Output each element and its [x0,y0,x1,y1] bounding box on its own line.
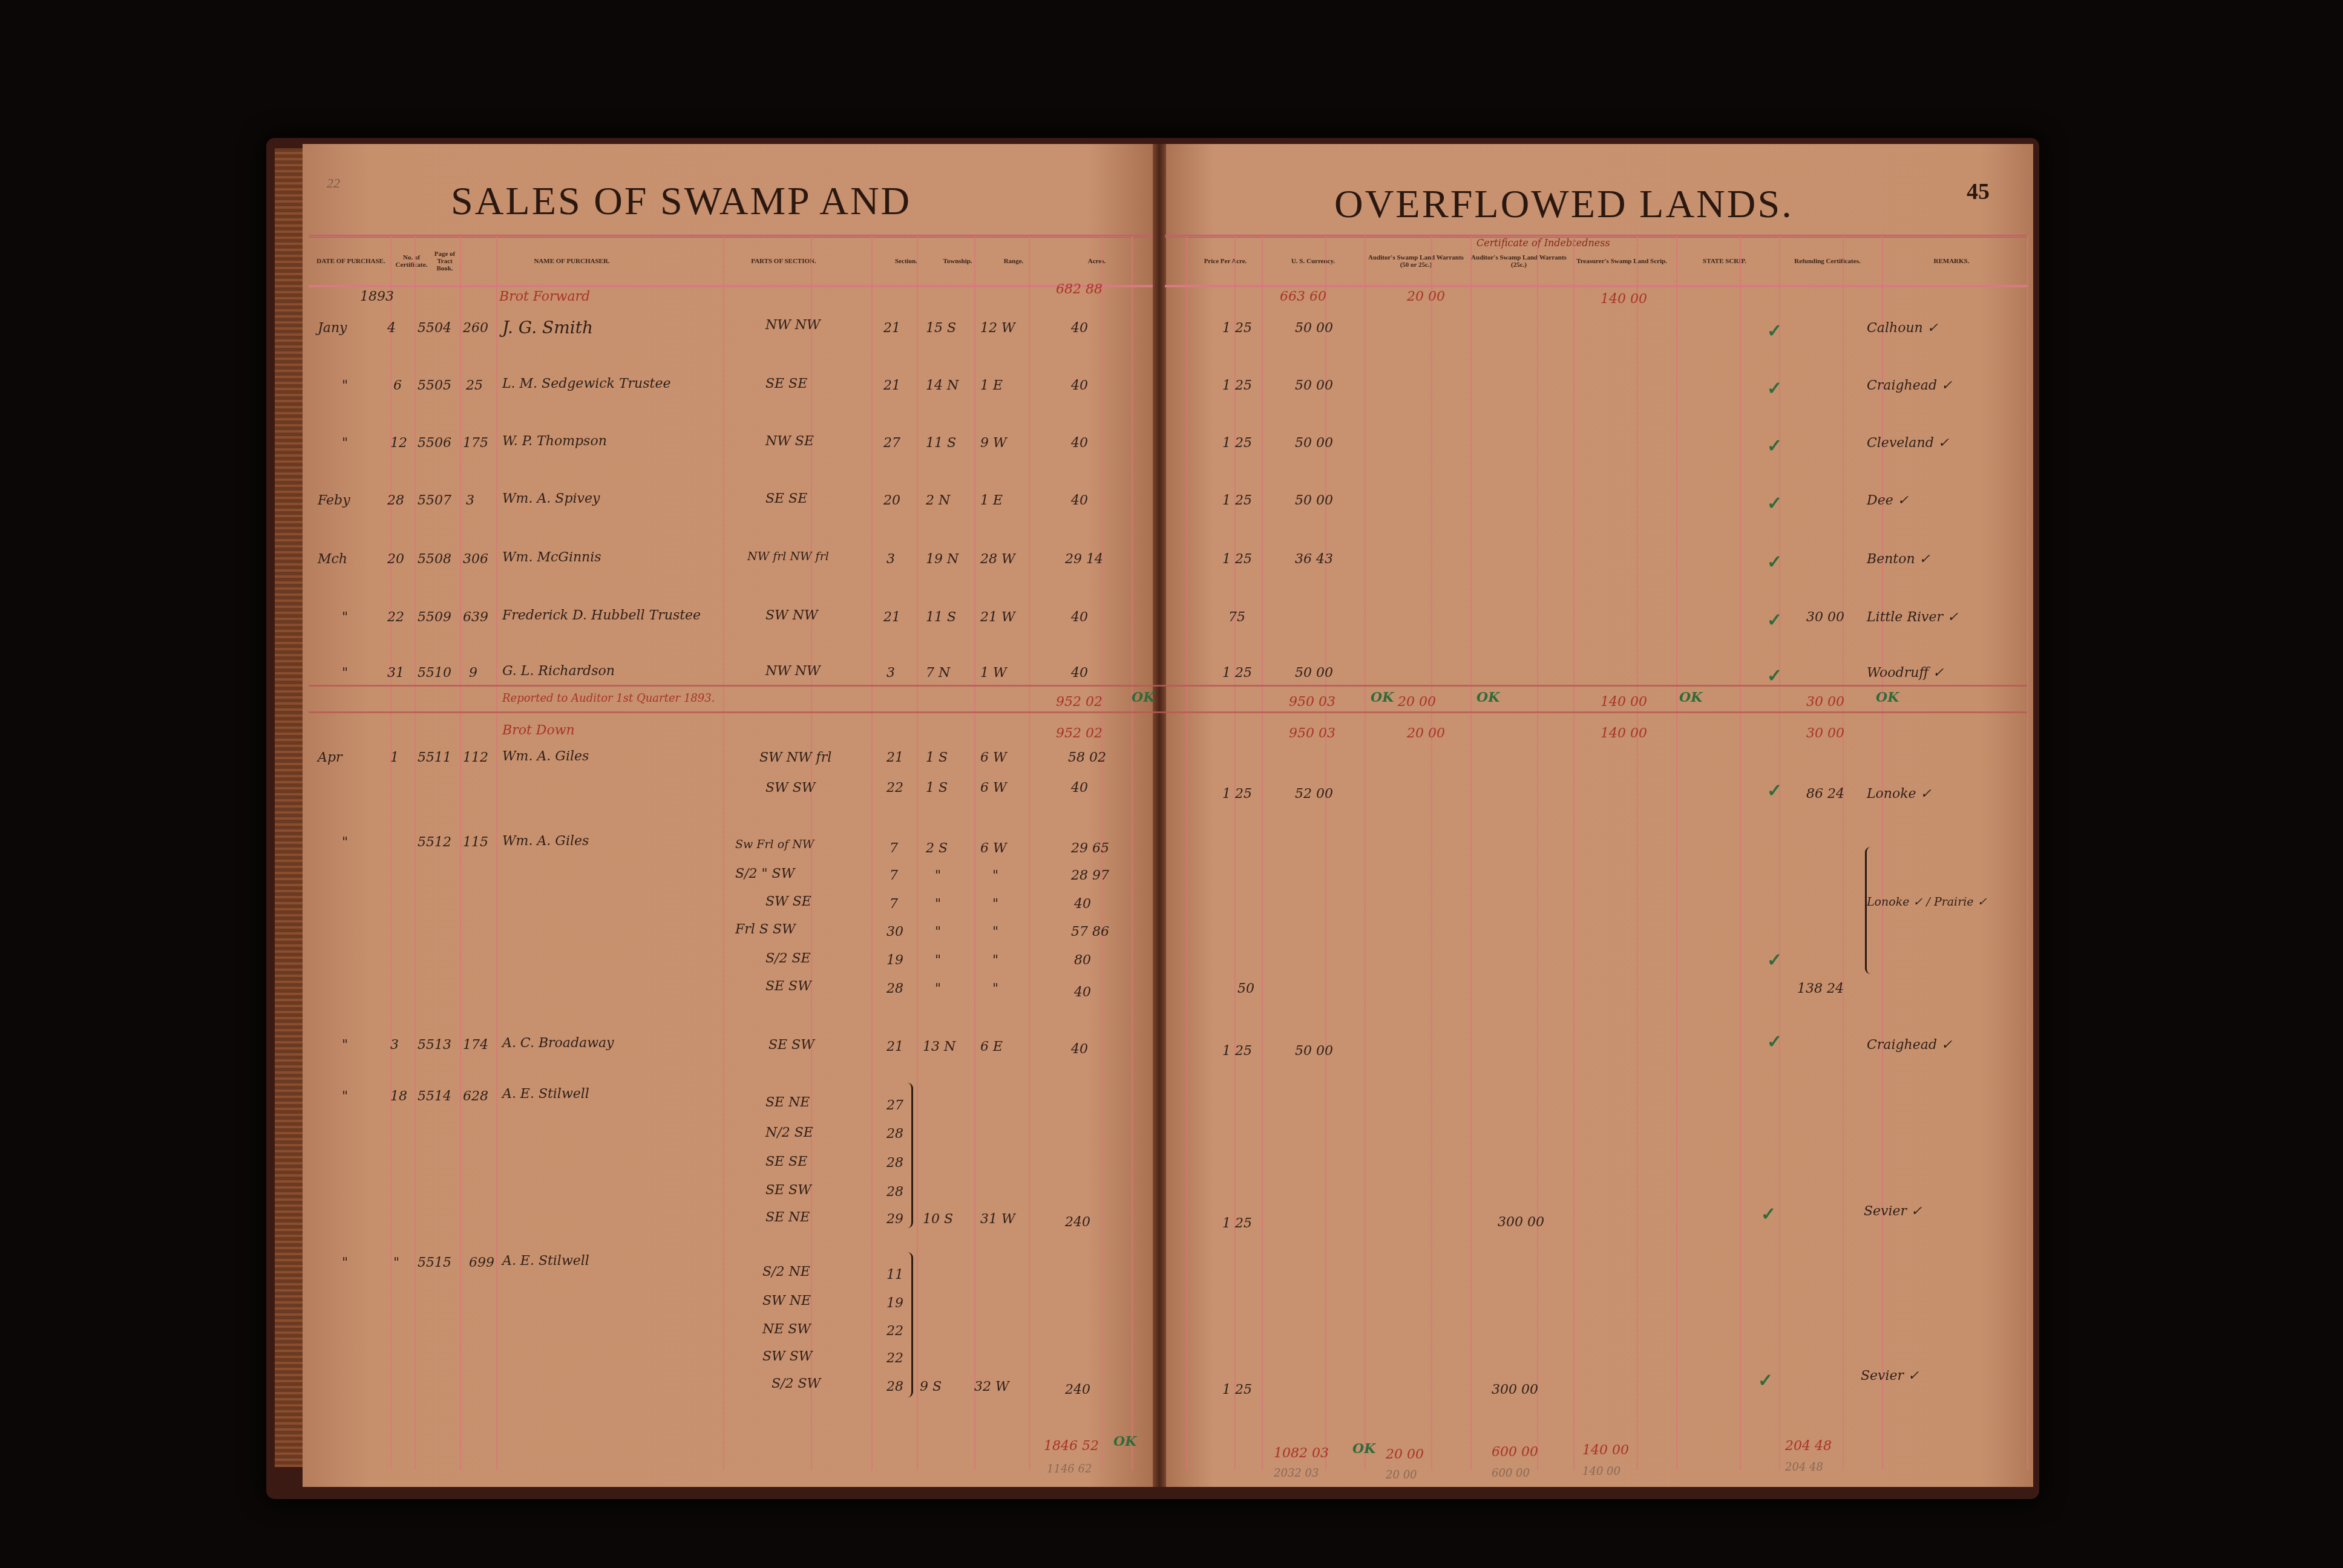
entry-name: Frederick D. Hubbell Trustee [502,608,701,623]
entry-cert: 5512 [418,835,451,850]
entry-month: Mch [318,552,347,567]
entry-currency: 50 00 [1295,321,1333,336]
entry-page: 628 [463,1089,488,1104]
entry-remarks: Woodruff ✓ [1867,665,1944,681]
entry-township: 1 S [926,750,948,765]
bf-year: 1893 [360,289,394,304]
bd-currency: 950 03 [1289,726,1335,741]
entry-parts: Sw Frl of NW [735,838,814,851]
entry-month: " [342,436,348,451]
entry-acres: 240 [1065,1382,1090,1397]
entry-name: Wm. A. Giles [502,834,589,849]
total-indebtedness: 600 00 [1492,1445,1538,1460]
entry-parts: SE SE [765,491,807,506]
entry-parts: NW NW [765,318,821,333]
rule [390,236,392,1470]
rule [1676,236,1677,1470]
col-header-tract-page: Page of Tract Book. [430,238,460,285]
entry-township: 9 S [920,1379,942,1394]
ok-mark: OK [1132,690,1155,705]
entry-acres: 29 65 [1071,841,1109,856]
entry-section: 21 [883,610,900,625]
entry-range: 1 E [980,378,1003,393]
entry-section: 28 [886,1126,903,1142]
header-handwritten-annotation: Certificate of Indebtedness [1476,237,1610,249]
col-header-currency: U. S. Currency. [1262,238,1365,285]
entry-cert: 5513 [418,1037,451,1053]
rule [1779,236,1780,1470]
entry-price: 75 [1228,610,1245,625]
book-gutter [1153,144,1166,1487]
title-right: OVERFLOWED LANDS. [1334,181,1794,227]
title-left: SALES OF SWAMP AND [451,178,911,224]
entry-township: 1 S [926,780,948,795]
entry-acres: 80 [1074,953,1091,968]
entry-section: 29 [886,1212,903,1227]
total-treasurer: 140 00 [1582,1443,1629,1458]
check-mark-icon: ✓ [1758,1370,1773,1391]
entry-name: G. L. Richardson [502,664,615,679]
entry-range: 28 W [980,552,1015,567]
entry-range: 6 W [980,750,1007,765]
entry-month: " [342,378,348,393]
entry-name: Wm. A. Spivey [502,491,600,506]
entry-acres: 40 [1071,493,1088,508]
entry-remarks: Little River ✓ [1867,610,1958,625]
entry-range: 9 W [980,436,1007,451]
ok-mark: OK [1476,690,1499,705]
entry-price: 1 25 [1222,1382,1252,1397]
entry-section: 28 [886,1184,903,1200]
entry-day: 12 [390,436,407,451]
total-auditor: 20 00 [1386,1447,1424,1462]
entry-acres: 40 [1071,1042,1088,1057]
check-mark-icon: ✓ [1767,436,1782,457]
col-header-auditor-warrants: Auditor's Swamp Land Warrants (50 or 25c… [1365,238,1467,285]
rule [1843,236,1844,1470]
total-treasurer-faint: 140 00 [1582,1465,1620,1478]
entry-remarks: Dee ✓ [1867,493,1909,508]
entry-section: 11 [886,1267,903,1282]
entry-currency: 36 43 [1295,552,1333,567]
entry-parts: SE SW [765,979,811,994]
entry-price: 1 25 [1222,665,1252,681]
entry-treasurer-scrip: 300 00 [1498,1215,1544,1230]
entry-day: 20 [387,552,404,567]
entry-township: " [935,953,941,968]
entry-page: 9 [469,665,477,681]
rule [415,236,416,1470]
entry-cert: 5506 [418,436,451,451]
entry-month: Feby [318,493,350,508]
col-header-township: Township. [929,238,986,285]
rule [871,236,873,1470]
ok-mark: OK [1371,690,1394,705]
entry-day: 28 [387,493,404,508]
check-mark-icon: ✓ [1767,950,1782,971]
page-number: 45 [1967,178,1990,205]
check-mark-icon: ✓ [1767,1031,1782,1053]
bd-auditor: 20 00 [1407,726,1445,741]
entry-township: " [935,924,941,939]
entry-parts: NW SE [765,434,814,449]
entry-page: 639 [463,610,488,625]
entry-cert: 5510 [418,665,451,681]
entry-acres: 29 14 [1065,552,1103,567]
entry-day: 3 [390,1037,399,1053]
rule [1029,236,1030,1470]
entry-month: " [342,1037,348,1053]
rule [2027,236,2028,1470]
bd-refunding: 30 00 [1806,726,1844,741]
entry-acres: 40 [1071,321,1088,336]
entry-page: 260 [463,321,488,336]
entry-section: 28 [886,981,903,996]
bf-treasurer: 140 00 [1601,292,1647,307]
total-acres-faint: 1146 62 [1047,1463,1092,1475]
entry-day: 4 [387,321,396,336]
col-header-remarks: REMARKS. [1879,238,2024,285]
entry-range: 6 W [980,841,1007,856]
entry-page: 115 [463,835,488,850]
quarter-total-currency: 950 03 [1289,694,1335,710]
entry-month: " [342,835,348,850]
entry-name: L. M. Sedgewick Trustee [502,376,670,391]
bd-label: Brot Down [502,723,575,738]
entry-parts: SE SW [765,1183,811,1198]
total-refunding: 204 48 [1785,1439,1832,1454]
rule [1325,236,1326,1470]
entry-parts: NW NW [765,664,821,679]
entry-month: " [342,610,348,625]
check-mark-icon: ✓ [1767,321,1782,342]
entry-section: 7 [890,897,898,912]
entry-range: 12 W [980,321,1015,336]
entry-page: 25 [466,378,483,393]
total-currency-faint: 2032 03 [1274,1467,1319,1480]
entry-parts: SW SW [765,780,815,795]
entry-parts: SE NE [765,1210,810,1225]
remarks-bracket [1865,847,1870,974]
entry-cert: 5508 [418,552,451,567]
rule [974,236,975,1470]
col-header-state-scrip: STATE SCRIP. [1673,238,1776,285]
entry-section: 19 [886,1296,903,1311]
rule [811,236,812,1470]
entry-township: 11 S [926,436,956,451]
check-mark-icon: ✓ [1767,665,1782,687]
entry-page: 112 [463,750,488,765]
total-indebtedness-faint: 600 00 [1492,1467,1530,1480]
entry-price: 50 [1237,981,1254,996]
quarter-total-label: Reported to Auditor 1st Quarter 1893. [502,692,715,705]
entry-day: 6 [393,378,402,393]
bf-acres: 682 88 [1056,282,1103,297]
entry-township: 15 S [926,321,956,336]
rule [496,236,497,1470]
entry-name: W. P. Thompson [502,434,607,449]
entry-name: A. C. Broadaway [502,1036,614,1051]
entry-cert: 5515 [418,1255,451,1270]
rule [460,236,461,1470]
entry-parts: S/2 NE [762,1264,810,1279]
entry-acres: 240 [1065,1215,1090,1230]
rule [1573,236,1575,1470]
entry-remarks: Lonoke ✓ / Prairie ✓ [1867,895,1987,909]
entry-refunding: 30 00 [1806,610,1844,625]
entry-currency: 50 00 [1295,378,1333,393]
entry-acres: 28 97 [1071,868,1109,883]
entry-parts: SE NE [765,1095,810,1110]
ok-mark: OK [1352,1441,1375,1457]
entry-name: A. E. Stilwell [502,1086,589,1102]
entry-township: 11 S [926,610,956,625]
entry-price: 1 25 [1222,378,1252,393]
entry-section: 21 [886,1039,903,1054]
entry-month: " [342,1089,348,1104]
entry-parts: S/2 SE [765,951,811,966]
entry-parts: SE SE [765,1154,807,1169]
entry-range: " [992,953,998,968]
entry-acres: 58 02 [1068,750,1106,765]
entry-cert: 5505 [418,378,451,393]
check-mark-icon: ✓ [1767,780,1782,802]
entry-section: 22 [886,780,903,795]
col-header-price: Price Per Acre. [1189,238,1262,285]
entry-range: " [992,924,998,939]
rule [1882,236,1883,1470]
entry-section: 7 [890,841,898,856]
entry-price: 1 25 [1222,493,1252,508]
entry-cert: 5514 [418,1089,451,1104]
entry-range: 21 W [980,610,1015,625]
entry-section: 19 [886,953,903,968]
check-mark-icon: ✓ [1767,552,1782,573]
entry-refunding: 138 24 [1797,981,1844,996]
entry-acres: 40 [1071,436,1088,451]
entry-day: 22 [387,610,404,625]
bf-auditor: 20 00 [1407,289,1445,304]
rule [1365,236,1366,1470]
entry-township: 2 S [926,841,948,856]
quarter-total-auditor: 20 00 [1398,694,1436,710]
tract-bracket [908,1083,913,1228]
entry-price: 1 25 [1222,1044,1252,1059]
entry-township: 14 N [926,378,958,393]
entry-acres: 40 [1071,780,1088,795]
entry-parts: SW SE [765,894,811,909]
entry-acres: 57 86 [1071,924,1109,939]
entry-parts: S/2 " SW [735,866,795,881]
entry-name: Wm. A. Giles [502,749,589,764]
entry-range: 1 E [980,493,1003,508]
entry-parts: N/2 SE [765,1125,813,1140]
entry-remarks: Sevier ✓ [1864,1204,1922,1219]
entry-page: 175 [463,436,488,451]
rule [1234,236,1236,1470]
bd-acres: 952 02 [1056,726,1103,741]
entry-parts: Frl S SW [735,922,796,937]
entry-acres: 40 [1074,897,1091,912]
right-page [1162,144,2033,1487]
total-currency: 1082 03 [1274,1446,1329,1461]
entry-price: 1 25 [1222,786,1252,802]
entry-section: 21 [886,750,903,765]
col-header-date: DATE OF PURCHASE. [309,238,393,285]
entry-section: 20 [883,493,900,508]
entry-acres: 40 [1071,665,1088,681]
left-page [303,144,1156,1487]
rule [1431,236,1432,1470]
entry-parts: SE SE [765,376,807,391]
entry-parts: NE SW [762,1322,811,1337]
entry-acres: 40 [1071,610,1088,625]
rule [1186,236,1187,1470]
corner-page-note: 22 [327,175,340,191]
entry-parts: SW SW [762,1349,812,1364]
entry-section: 21 [883,321,900,336]
entry-refunding: 86 24 [1806,786,1844,802]
entry-page: 699 [469,1255,494,1270]
quarter-total-treasurer: 140 00 [1601,694,1647,710]
entry-remarks: Sevier ✓ [1861,1368,1919,1383]
check-mark-icon: ✓ [1767,378,1782,399]
entry-range: 1 W [980,665,1007,681]
entry-section: 22 [886,1351,903,1366]
entry-month: Apr [318,750,342,765]
entry-range: 6 E [980,1039,1003,1054]
entry-remarks: Craighead ✓ [1867,1037,1952,1053]
rule [1132,236,1133,1470]
check-mark-icon: ✓ [1767,493,1782,514]
entry-section: 28 [886,1379,903,1394]
entry-section: 3 [886,552,895,567]
entry-cert: 5511 [418,750,451,765]
entry-page: 174 [463,1037,488,1053]
rule [1470,236,1472,1470]
entry-township: 10 S [923,1212,953,1227]
entry-section: 28 [886,1155,903,1171]
total-acres: 1846 52 [1044,1439,1099,1454]
tract-bracket [908,1252,913,1397]
total-auditor-faint: 20 00 [1386,1469,1417,1481]
entry-remarks: Craighead ✓ [1867,378,1952,393]
entry-township: 13 N [923,1039,955,1054]
entry-remarks: Cleveland ✓ [1867,436,1949,451]
col-header-name: NAME OF PURCHASER. [460,238,684,285]
entry-township: 7 N [926,665,950,681]
entry-section: 27 [886,1098,903,1113]
entry-township: " [935,981,941,996]
entry-day: " [393,1255,399,1270]
entry-month: Jany [318,321,347,336]
entry-month: " [342,665,348,681]
col-header-acres: Acres. [1041,238,1153,285]
col-header-refunding: Refunding Certificates. [1776,238,1879,285]
entry-price: 1 25 [1222,552,1252,567]
check-mark-icon: ✓ [1761,1204,1776,1225]
entry-parts: SW NW [765,608,818,623]
ok-mark: OK [1876,690,1899,705]
bf-currency: 663 60 [1280,289,1326,304]
entry-cert: 5509 [418,610,451,625]
entry-price: 1 25 [1222,436,1252,451]
entry-parts: NW frl NW frl [747,550,829,563]
entry-township: 2 N [926,493,950,508]
rule [1262,236,1263,1470]
entry-parts: SE SW [768,1037,814,1053]
entry-page: 306 [463,552,488,567]
entry-cert: 5507 [418,493,451,508]
quarter-total-refunding: 30 00 [1806,694,1844,710]
entry-section: 21 [883,378,900,393]
entry-remarks: Lonoke ✓ [1867,786,1932,802]
entry-currency: 50 00 [1295,665,1333,681]
entry-remarks: Calhoun ✓ [1867,321,1938,336]
col-header-section: Section. [883,238,929,285]
quarter-total-acres: 952 02 [1056,694,1103,710]
rule [917,236,918,1470]
entry-parts: SW NE [762,1293,811,1308]
header-band-left: DATE OF PURCHASE. No. of Certificate. Pa… [309,235,1153,287]
entry-section: 22 [886,1324,903,1339]
entry-section: 7 [890,868,898,883]
entry-township: " [935,868,941,883]
entry-page: 3 [466,493,474,508]
entry-acres: 40 [1071,378,1088,393]
col-header-cert: No. of Certificate. [393,238,430,285]
entry-remarks: Benton ✓ [1867,552,1930,567]
entry-section: 30 [886,924,903,939]
entry-range: 31 W [980,1212,1015,1227]
entry-price: 1 25 [1222,321,1252,336]
rule [723,236,724,1470]
entry-acres: 40 [1074,985,1091,1000]
entry-currency: 50 00 [1295,493,1333,508]
entry-township: " [935,897,941,912]
entry-section: 3 [886,665,895,681]
bf-label: Brot Forward [499,289,590,304]
entry-month: " [342,1255,348,1270]
entry-currency: 50 00 [1295,436,1333,451]
ok-mark: OK [1679,690,1702,705]
entry-township: 19 N [926,552,958,567]
entry-range: 6 W [980,780,1007,795]
entry-parts: S/2 SW [772,1376,821,1391]
entry-range: " [992,981,998,996]
total-refunding-faint: 204 48 [1785,1461,1823,1474]
ok-mark: OK [1113,1434,1136,1449]
rule [1740,236,1741,1470]
entry-cert: 5504 [418,321,451,336]
entry-section: 27 [883,436,900,451]
entry-name: A. E. Stilwell [502,1253,589,1269]
entry-parts: SW NW frl [759,750,831,765]
entry-price: 1 25 [1222,1216,1252,1231]
entry-day: 31 [387,665,404,681]
quarter-divider-bottom [309,711,2027,713]
entry-range: " [992,897,998,912]
rule [1637,236,1638,1470]
entry-treasurer-scrip: 300 00 [1492,1382,1538,1397]
entry-range: " [992,868,998,883]
bd-treasurer: 140 00 [1601,726,1647,741]
col-header-parts: PARTS OF SECTION. [684,238,883,285]
entry-name: J. G. Smith [502,318,593,338]
entry-currency: 50 00 [1295,1044,1333,1059]
col-header-range: Range. [986,238,1041,285]
entry-day: 1 [390,750,399,765]
